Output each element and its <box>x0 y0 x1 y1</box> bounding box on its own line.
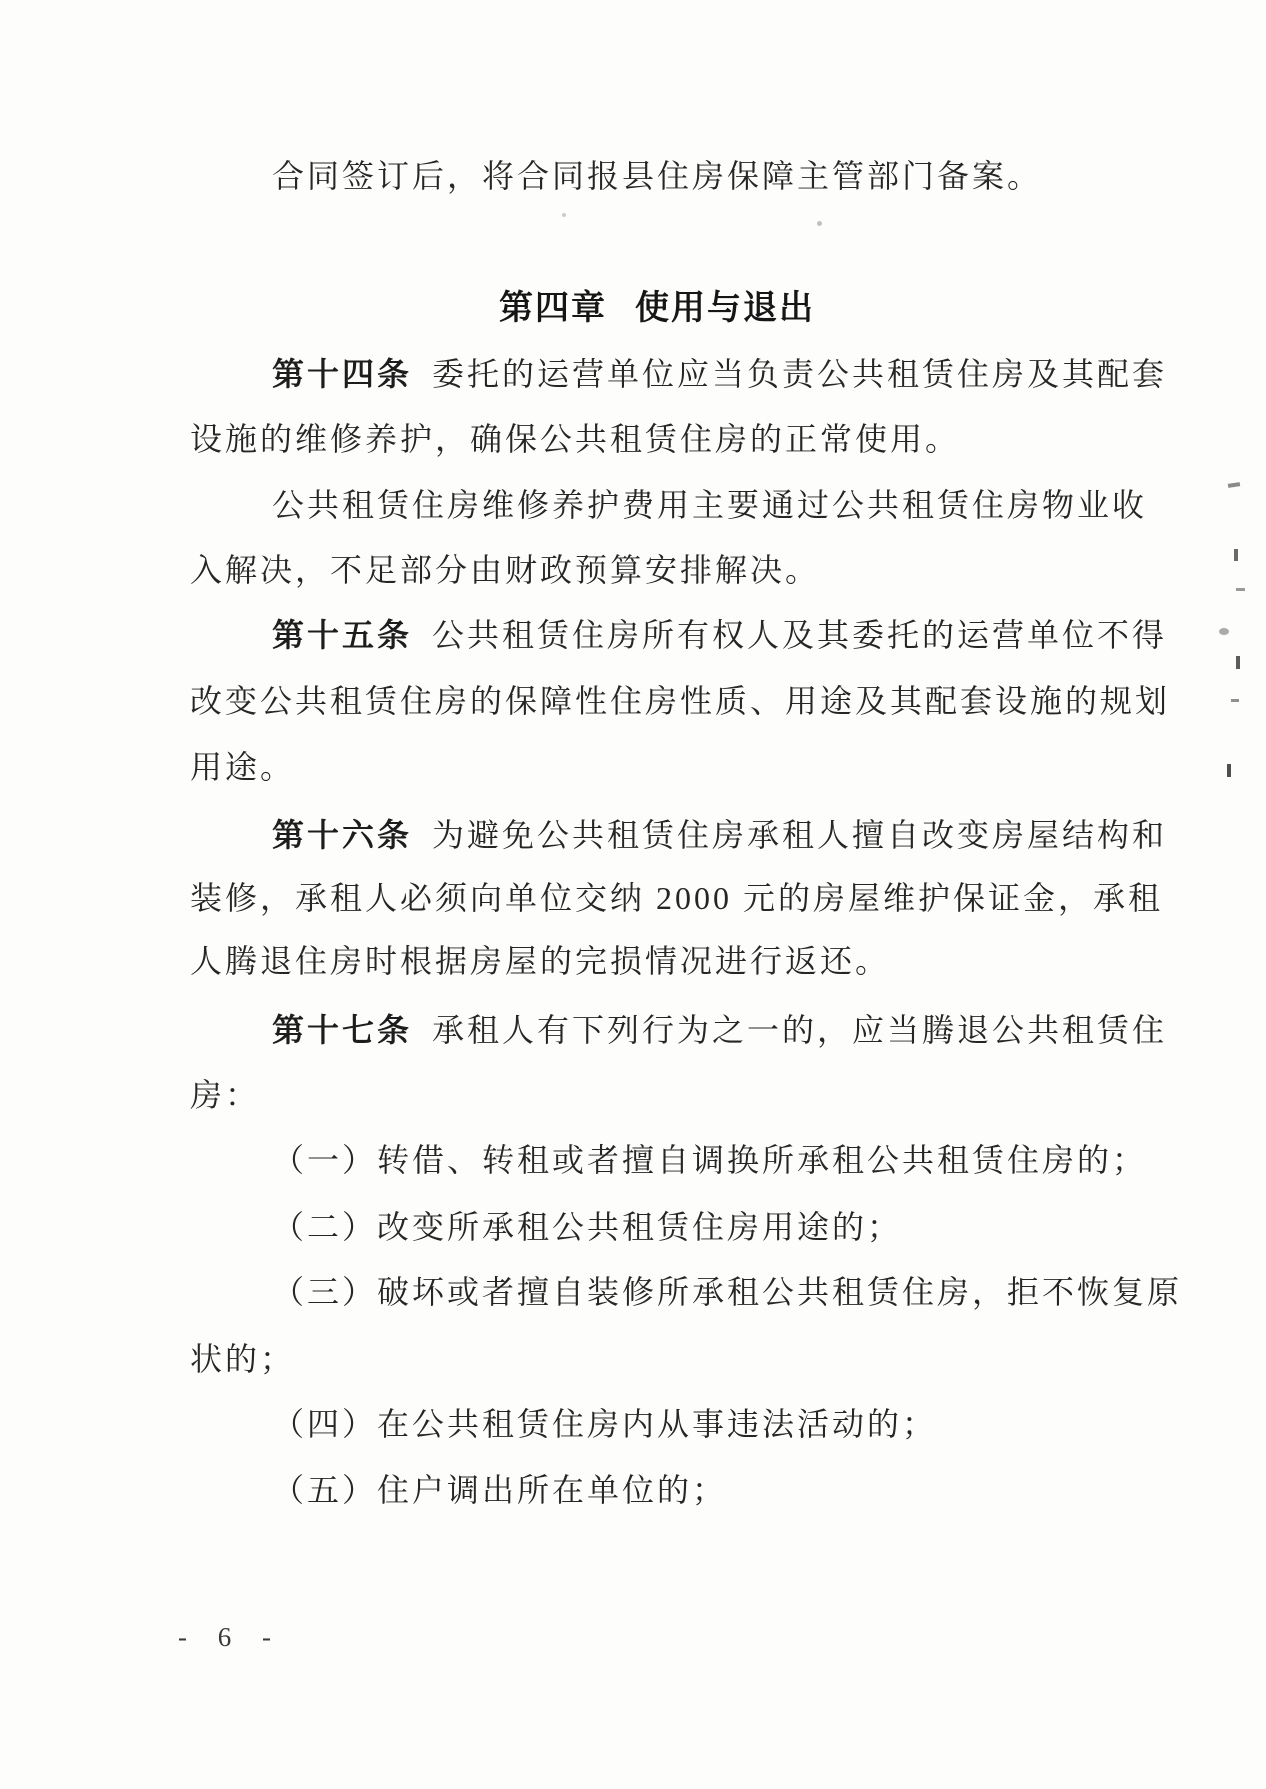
chapter-heading: 第四章使用与退出 <box>499 287 815 329</box>
article-17-line-2: 房： <box>190 1075 260 1115</box>
article-14-line-2: 设施的维修养护，确保公共租赁住房的正常使用。 <box>190 419 960 459</box>
maintenance-fee-line-1-text: 公共租赁住房维修养护费用主要通过公共租赁住房物业收 <box>272 487 1147 523</box>
article-16-line-3-text: 人腾退住房时根据房屋的完损情况进行返还。 <box>190 943 890 979</box>
intro-line: 合同签订后，将合同报县住房保障主管部门备案。 <box>272 156 1042 196</box>
article-15-term: 第十五条 <box>272 617 412 653</box>
article-17-item-3-line-2-text: 状的； <box>190 1341 295 1377</box>
article-17-item-2: （二）改变所承租公共租赁住房用途的； <box>272 1207 902 1247</box>
article-15-line-1-text: 公共租赁住房所有权人及其委托的运营单位不得 <box>432 617 1167 653</box>
article-17-item-3-line-2: 状的； <box>190 1339 295 1379</box>
article-17-term: 第十七条 <box>272 1012 412 1048</box>
scan-speck <box>562 213 566 217</box>
article-15-line-1: 第十五条公共租赁住房所有权人及其委托的运营单位不得 <box>272 615 1167 655</box>
article-16-line-2-text: 装修，承租人必须向单位交纳 2000 元的房屋维护保证金，承租 <box>190 880 1163 916</box>
article-17-item-4: （四）在公共租赁住房内从事违法活动的； <box>272 1404 937 1444</box>
scan-speck <box>1227 764 1231 777</box>
scan-speck <box>1234 549 1238 561</box>
document-page: 合同签订后，将合同报县住房保障主管部门备案。 第四章使用与退出 第十四条委托的运… <box>0 0 1266 1789</box>
article-17-item-4-text: （四）在公共租赁住房内从事违法活动的； <box>272 1406 937 1442</box>
article-17-line-2-text: 房： <box>190 1077 260 1113</box>
maintenance-fee-line-2-text: 入解决，不足部分由财政预算安排解决。 <box>190 552 820 588</box>
article-17-item-5: （五）住户调出所在单位的； <box>272 1470 727 1510</box>
article-15-line-3: 用途。 <box>190 747 295 787</box>
article-16-line-3: 人腾退住房时根据房屋的完损情况进行返还。 <box>190 941 890 981</box>
scan-speck <box>817 221 822 226</box>
article-14-line-2-text: 设施的维修养护，确保公共租赁住房的正常使用。 <box>190 421 960 457</box>
article-17-item-3-line-1-text: （三）破坏或者擅自装修所承租公共租赁住房，拒不恢复原 <box>272 1274 1182 1310</box>
scan-speck <box>1236 588 1245 591</box>
article-16-line-2: 装修，承租人必须向单位交纳 2000 元的房屋维护保证金，承租 <box>190 878 1163 918</box>
maintenance-fee-line-2: 入解决，不足部分由财政预算安排解决。 <box>190 550 820 590</box>
article-16-term: 第十六条 <box>272 817 412 853</box>
article-17-item-3-line-1: （三）破坏或者擅自装修所承租公共租赁住房，拒不恢复原 <box>272 1272 1182 1312</box>
article-17-item-2-text: （二）改变所承租公共租赁住房用途的； <box>272 1209 902 1245</box>
article-16-line-1: 第十六条为避免公共租赁住房承租人擅自改变房屋结构和 <box>272 815 1167 855</box>
article-17-item-1-text: （一）转借、转租或者擅自调换所承租公共租赁住房的； <box>272 1142 1147 1178</box>
article-14-line-1-text: 委托的运营单位应当负责公共租赁住房及其配套 <box>432 356 1167 392</box>
article-14-line-1: 第十四条委托的运营单位应当负责公共租赁住房及其配套 <box>272 354 1167 394</box>
article-14-term: 第十四条 <box>272 356 412 392</box>
article-17-line-1-text: 承租人有下列行为之一的，应当腾退公共租赁住 <box>432 1012 1167 1048</box>
scan-speck <box>1219 628 1229 635</box>
article-16-line-1-text: 为避免公共租赁住房承租人擅自改变房屋结构和 <box>432 817 1167 853</box>
chapter-title: 使用与退出 <box>635 289 815 327</box>
page-number: - 6 - <box>178 1622 283 1653</box>
article-17-line-1: 第十七条承租人有下列行为之一的，应当腾退公共租赁住 <box>272 1010 1167 1050</box>
scan-speck <box>1236 656 1240 669</box>
article-15-line-3-text: 用途。 <box>190 749 295 785</box>
maintenance-fee-line-1: 公共租赁住房维修养护费用主要通过公共租赁住房物业收 <box>272 485 1147 525</box>
article-17-item-5-text: （五）住户调出所在单位的； <box>272 1472 727 1508</box>
chapter-number: 第四章 <box>499 289 607 327</box>
article-15-line-2-text: 改变公共租赁住房的保障性住房性质、用途及其配套设施的规划 <box>190 683 1170 719</box>
article-15-line-2: 改变公共租赁住房的保障性住房性质、用途及其配套设施的规划 <box>190 681 1170 721</box>
article-17-item-1: （一）转借、转租或者擅自调换所承租公共租赁住房的； <box>272 1140 1147 1180</box>
scan-speck <box>1231 699 1239 702</box>
scan-speck <box>1228 482 1240 488</box>
intro-line-text: 合同签订后，将合同报县住房保障主管部门备案。 <box>272 158 1042 194</box>
